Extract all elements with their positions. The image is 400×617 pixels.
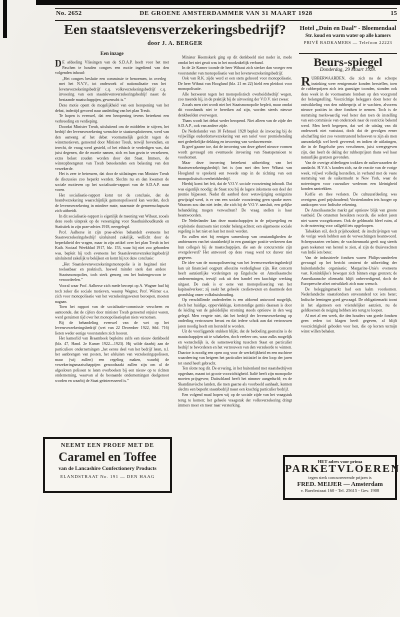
paragraph: En zullen niet bij eenigen samenloop van… xyxy=(178,234,292,260)
paragraph-lead: RUBBERWAARDEN, die zich na de scherpe in… xyxy=(301,76,397,160)
article-byline: door J. A. BERGER xyxy=(55,41,295,47)
paragraph: De Nederlander kan deze maatschappijen i… xyxy=(178,218,292,234)
paragraph: Het is zeer te betreuren, dat door de ui… xyxy=(55,172,169,193)
header-rule-bottom xyxy=(55,20,397,21)
caramel-toffee-ad: NEEMT EEN PROEF MET DE Caramel en Toffee… xyxy=(43,437,172,493)
paragraph: Uit de voorliggende stukken blijkt, dat … xyxy=(178,329,292,366)
beurs-column-text: RUBBERWAARDEN, die zich na de scherpe in… xyxy=(301,76,397,334)
paragraph: In de 2e Kamer toonde de heer Wibaut zic… xyxy=(178,66,292,77)
beurs-column: RUBBERWAARDEN, die zich na de scherpe in… xyxy=(301,76,397,448)
paragraph: Koffie en thee verlaten. De cultuurafdee… xyxy=(301,192,397,208)
paragraph: Deze motie opent de mogelijkheid van een… xyxy=(55,103,169,114)
paragraph: Van de overige afdeelingen trokken de su… xyxy=(301,160,397,192)
scan-edge-top xyxy=(36,0,400,5)
parket-ad-line3: tegen sterk concurreerende prijzen is xyxy=(285,475,395,480)
dropcap: R xyxy=(301,76,310,87)
scan-edge-left xyxy=(3,0,7,38)
paragraph: Bij de behandeling evenwel van de wet op… xyxy=(55,320,169,336)
dropcap: D xyxy=(55,60,62,67)
article-column-left: DE afdeeling Vlissingen van de S.D.A.P. … xyxy=(55,60,169,435)
paragraph: De Amerikaansche markt gaf opnieuw blijk… xyxy=(301,208,397,229)
paragraph: Het socialisatie-rapport komt tot de con… xyxy=(55,193,169,214)
paragraph: De idee van de monopoliseering van het l… xyxy=(178,261,292,298)
paragraph: Hierbij komt het feit, dat de V.O.V. soc… xyxy=(178,182,292,219)
article-title: Een staatslevensverzekeringsbedrijf? xyxy=(55,23,295,39)
hotel-ad: Hotel „Duin en Daal” - Bloemendaal Str. … xyxy=(299,25,397,45)
paragraph: Zooals men ziet wordt niet het Staatsmon… xyxy=(178,102,292,118)
hotel-ad-line3: PRIVÉ BADKAMERS — Telefoon 22223 xyxy=(299,40,397,45)
paragraph: „Het Staatslevensverzekeringsmonopolie i… xyxy=(59,262,166,283)
paragraph: Alle bezwaren tegen het monopolistisch o… xyxy=(178,92,292,103)
masthead: DE GROENE AMSTERDAMMER VAN 31 MAART 1928 xyxy=(55,10,397,17)
parket-ad-name: FRED. MEIJER — Amsterdam xyxy=(285,481,395,488)
paragraph: Minister Heemskerk ging op dit denkbeeld… xyxy=(178,55,292,66)
hotel-ad-divider xyxy=(299,53,397,54)
paragraph: Ook van R.K. zijde werd er een stem geho… xyxy=(178,76,292,92)
parket-ad-title: PARKETVLOEREN xyxy=(285,464,395,475)
paragraph: Maar deze invoering beteekent uitbreidin… xyxy=(178,160,292,181)
paragraph: Tabakken stil, doch prijshoudend; de ins… xyxy=(301,229,397,255)
paragraph: Te hopen is evenwel, dat een heropening … xyxy=(55,114,169,125)
paragraph: Al met al een week, die den houders van … xyxy=(301,313,397,334)
lead-text: E afdeeling Vlissingen van de S.D.A.P. h… xyxy=(55,60,169,75)
caramel-ad-title: Caramel en Toffee xyxy=(45,450,170,465)
paragraph: Toen het rapport van de socialisatie-com… xyxy=(55,305,169,321)
paragraph: „Het congres besluite een commissie te b… xyxy=(59,76,166,102)
hotel-ad-line2: Str. koud en warm water op alle kamers xyxy=(299,34,397,39)
parket-ad-address: v. Baerlestraat 160 - Tel. 25615 - Gev. … xyxy=(285,488,395,493)
lead-text: UBBERWAARDEN, die zich na de scherpe inz… xyxy=(301,76,397,160)
page-number: 15 xyxy=(378,10,397,17)
article-column-middle-text: Minister Heemskerk ging op dit denkbeeld… xyxy=(178,55,292,408)
article-column-left-text: DE afdeeling Vlissingen van de S.D.A.P. … xyxy=(55,60,169,384)
header-rule-top xyxy=(55,8,397,9)
paragraph: Ten slotte nog dit. De ervaring, in het … xyxy=(178,366,292,392)
parketvloeren-ad: HET adres voor prima PARKETVLOEREN tegen… xyxy=(283,455,397,500)
paragraph: Een volgend maal hopen wij op de sociale… xyxy=(178,393,292,409)
paragraph: Prof. Aalberse in zijn prae-advies behan… xyxy=(55,230,169,262)
caramel-ad-line1: NEEMT EEN PROEF MET DE xyxy=(45,443,170,449)
caramel-ad-address: ELANDSTRAAT No. 191 — DEN HAAG xyxy=(45,474,170,479)
beurs-dateline: Donderdag, 29 Maart 1928. xyxy=(299,68,397,73)
newspaper-page: No. 2652 DE GROENE AMSTERDAMMER VAN 31 M… xyxy=(0,0,400,617)
article-kicker: Een inzage xyxy=(55,52,169,57)
paragraph: De beleggingsmarkt had een kalm voorkome… xyxy=(301,287,397,313)
paragraph: De Nederlander van 10 Februari 1928 bepl… xyxy=(178,129,292,145)
paragraph: In dit socialisatie-rapport is eigenlijk… xyxy=(55,214,169,230)
paragraph: Van de industrieele fondsen waren Philip… xyxy=(301,255,397,287)
caramel-ad-line3: van de Lancashire Confectionery Products xyxy=(45,466,170,472)
paragraph: Doordat Minister Treub, uitsluitend om d… xyxy=(55,124,169,171)
paragraph: Op verschillende onderdeelen is een afdo… xyxy=(178,298,292,330)
paragraph-lead: DE afdeeling Vlissingen van de S.D.A.P. … xyxy=(55,60,169,76)
paragraph: Thans wordt het debat weder heropend. Ni… xyxy=(178,118,292,129)
hotel-ad-title: Hotel „Duin en Daal” - Bloemendaal xyxy=(299,25,397,32)
paragraph: Ik geef gaarne toe, dat de invoering van… xyxy=(178,145,292,161)
paragraph: Vooral waar Prof. Aalberse zich mede ber… xyxy=(55,283,169,304)
article-column-middle: Minister Heemskerk ging op dit denkbeeld… xyxy=(178,55,292,498)
paragraph: Het kamerlid van Braambeek bepleitte zel… xyxy=(55,336,169,383)
